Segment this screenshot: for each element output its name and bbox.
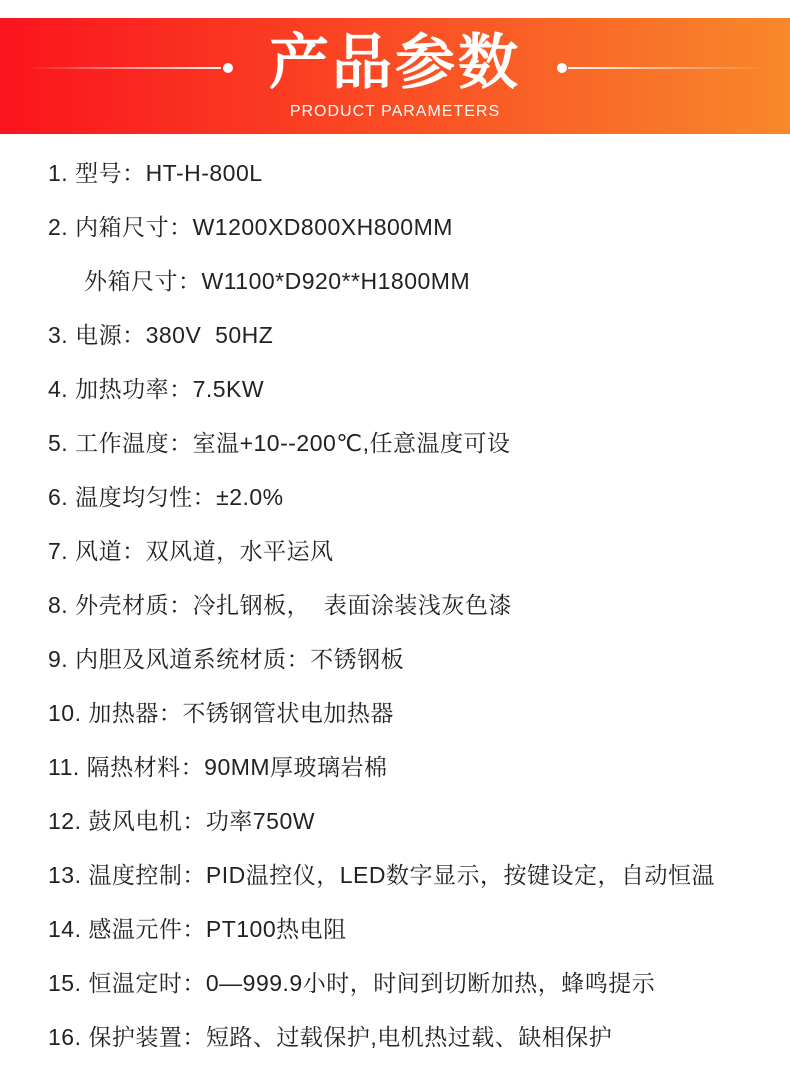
param-liner-material: 9. 内胆及风道系统材质：不锈钢板 [48, 630, 778, 684]
param-protection-device: 16. 保护装置：短路、过载保护,电机热过载、缺相保护 [48, 1008, 778, 1062]
param-heater: 10. 加热器：不锈钢管状电加热器 [48, 684, 778, 738]
page-title: 产品参数 [269, 30, 521, 96]
param-temperature-sensor: 14. 感温元件：PT100热电阻 [48, 900, 778, 954]
param-blower-motor: 12. 鼓风电机：功率750W [48, 792, 778, 846]
param-power-supply: 3. 电源：380V 50HZ [48, 306, 778, 360]
param-constant-temperature-timer: 15. 恒温定时：0—999.9小时，时间到切断加热，蜂鸣提示 [48, 954, 778, 1008]
param-working-temperature: 5. 工作温度：室温+10--200℃,任意温度可设 [48, 414, 778, 468]
right-decorative-dot [557, 63, 567, 73]
param-inner-size: 2. 内箱尺寸：W1200XD800XH800MM [48, 198, 778, 252]
parameter-list: 1. 型号：HT-H-800L 2. 内箱尺寸：W1200XD800XH800M… [48, 144, 778, 1062]
left-decorative-line [25, 67, 221, 69]
param-air-duct: 7. 风道：双风道，水平运风 [48, 522, 778, 576]
param-shell-material: 8. 外壳材质：冷扎钢板， 表面涂装浅灰色漆 [48, 576, 778, 630]
param-temperature-uniformity: 6. 温度均匀性：±2.0% [48, 468, 778, 522]
param-insulation-material: 11. 隔热材料：90MM厚玻璃岩棉 [48, 738, 778, 792]
right-decorative-line [568, 67, 765, 69]
param-outer-size: 外箱尺寸：W1100*D920**H1800MM [48, 252, 778, 306]
param-temperature-control: 13. 温度控制：PID温控仪，LED数字显示，按键设定，自动恒温 [48, 846, 778, 900]
product-parameters-banner: 产品参数 PRODUCT PARAMETERS [0, 18, 790, 134]
param-heating-power: 4. 加热功率：7.5KW [48, 360, 778, 414]
left-decorative-dot [223, 63, 233, 73]
page-subtitle: PRODUCT PARAMETERS [290, 102, 500, 121]
param-model: 1. 型号：HT-H-800L [48, 144, 778, 198]
